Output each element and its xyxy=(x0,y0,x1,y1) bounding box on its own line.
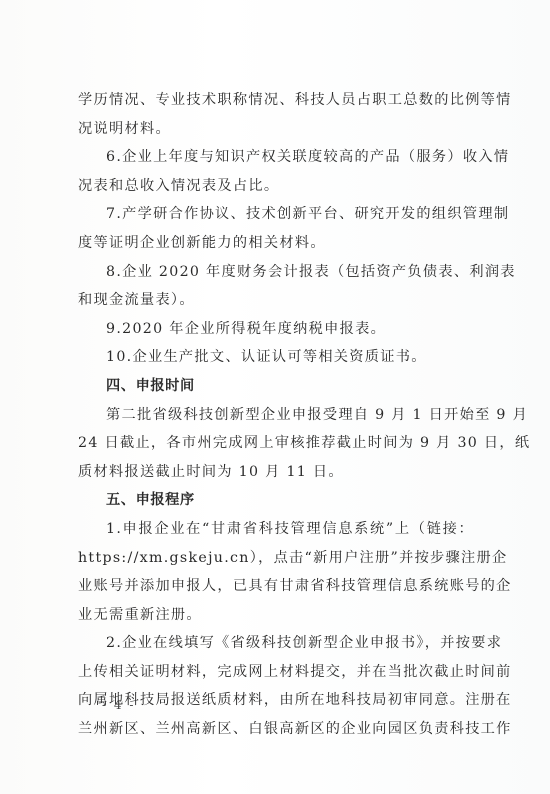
list-item-6: 6.企业上年度与知识产权关联度较高的产品（服务）收入情 xyxy=(78,143,474,172)
paragraph-line: 学历情况、专业技术职称情况、科技人员占职工总数的比例等情 xyxy=(78,86,474,115)
paragraph-line: https://xm.gskeju.cn），点击“新用户注册”并按步骤注册企 xyxy=(78,544,474,573)
list-item-9: 9.2020 年企业所得税年度纳税申报表。 xyxy=(78,315,474,344)
document-page: 学历情况、专业技术职称情况、科技人员占职工总数的比例等情 况说明材料。 6.企业… xyxy=(0,0,550,794)
paragraph-line: 况表和总收入情况表及占比。 xyxy=(78,172,474,201)
paragraph-line: 度等证明企业创新能力的相关材料。 xyxy=(78,229,474,258)
paragraph-line: 业无需重新注册。 xyxy=(78,601,474,630)
list-item-7: 7.产学研合作协议、技术创新平台、研究开发的组织管理制 xyxy=(78,200,474,229)
page-number: - 4 - xyxy=(102,698,135,712)
paragraph-line: 兰州新区、兰州高新区、白银高新区的企业向园区负责科技工作 xyxy=(78,715,474,744)
document-body: 学历情况、专业技术职称情况、科技人员占职工总数的比例等情 况说明材料。 6.企业… xyxy=(78,86,474,744)
paragraph-line: 向属地科技局报送纸质材料，由所在地科技局初审同意。注册在 xyxy=(78,686,474,715)
procedure-step-2: 2.企业在线填写《省级科技创新型企业申报书》，并按要求 xyxy=(78,629,474,658)
paragraph-line: 和现金流量表）。 xyxy=(78,286,474,315)
paragraph-line: 业账号并添加申报人，已具有甘肃省科技管理信息系统账号的企 xyxy=(78,572,474,601)
paragraph-line: 质材料报送截止时间为 10 月 11 日。 xyxy=(78,458,474,487)
procedure-step-1: 1.申报企业在“甘肃省科技管理信息系统”上（链接： xyxy=(78,515,474,544)
paragraph-line: 24 日截止，各市州完成网上审核推荐截止时间为 9 月 30 日，纸 xyxy=(78,429,474,458)
list-item-10: 10.企业生产批文、认证认可等相关资质证书。 xyxy=(78,343,474,372)
paragraph-line: 况说明材料。 xyxy=(78,115,474,144)
section-heading-application-procedure: 五、申报程序 xyxy=(78,486,474,515)
list-item-8: 8.企业 2020 年度财务会计报表（包括资产负债表、利润表 xyxy=(78,258,474,287)
paragraph-line: 第二批省级科技创新型企业申报受理自 9 月 1 日开始至 9 月 xyxy=(78,401,474,430)
section-heading-application-time: 四、申报时间 xyxy=(78,372,474,401)
paragraph-line: 上传相关证明材料，完成网上材料提交，并在当批次截止时间前 xyxy=(78,658,474,687)
